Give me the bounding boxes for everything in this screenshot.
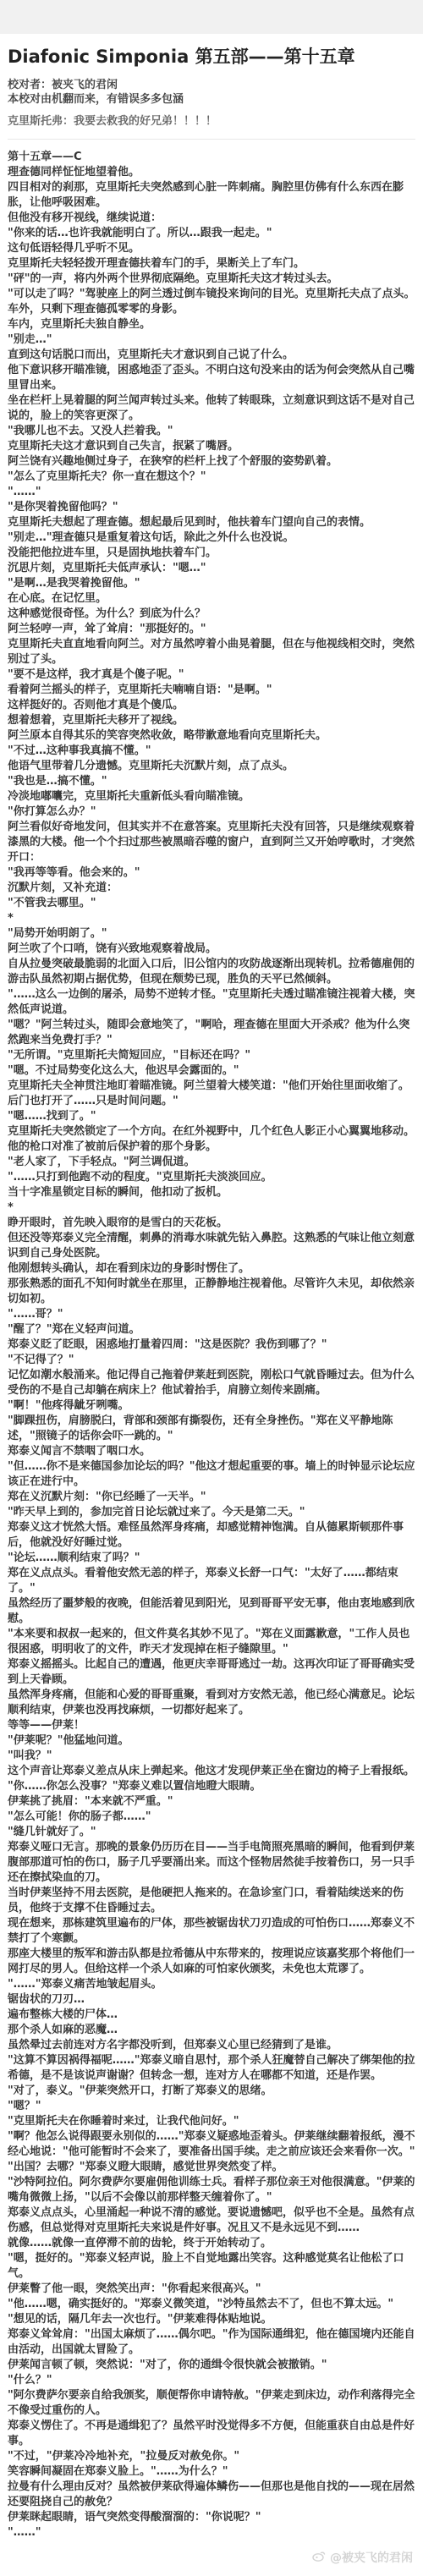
paragraph: "对了，泰义。"伊莱突然开口，打断了郑泰义的思绪。 — [8, 2084, 415, 2099]
paragraph: 克里斯托夫想起了理查德。想起最后见到时，他扶着车门望向自己的表情。 — [8, 515, 415, 530]
paragraph: 伊莱瞥了他一眼，突然笑出声："你看起来很高兴。" — [8, 2282, 415, 2297]
paragraph: 郑泰义摇摇头。比起自己的遭遇，他更庆幸哥哥逃过一劫。这再次印证了哥哥确实受到上天… — [8, 1657, 415, 1688]
paragraph: "不管我去哪里。" — [8, 896, 415, 911]
paragraph: "本来要和叔叔一起来的，但文件莫名其妙不见了。"郑在义面露歉意，"工作人员也很困… — [8, 1627, 415, 1657]
paragraph: 当时伊莱坚持不用去医院，是他硬把人拖来的。在急诊室门口，看着陆续送来的伤员，他终… — [8, 1886, 415, 1916]
paragraph: "你来的话…也许我就能明白了。所以…跟我一起走。" — [8, 226, 415, 241]
paragraph: 郑泰义耸耸肩："出国太麻烦了……偶尔吧。"作为国际通缉犯，他在德国境内还能自由活… — [8, 2327, 415, 2358]
paragraph: "嗯，挺好的。"郑泰义轻声说，脸上不自觉地露出笑容。这种感觉莫名让他松了口气。 — [8, 2251, 415, 2282]
paragraph: 克里斯托夫突然锁定了一个方向。在红外视野中，几个红色人影正小心翼翼地移动。他的枪… — [8, 1124, 415, 1155]
paragraph: 记忆如潮水般涌来。他记得自己拖着伊莱赶到医院，刚松口气就昏睡过去。但为什么受伤的… — [8, 1368, 415, 1398]
paragraph: "论坛……顺利结束了吗？" — [8, 1551, 415, 1566]
top-spacer-bar — [0, 0, 423, 34]
paragraph: "脚踝扭伤，肩膀脱臼，背部和颈部有撕裂伤，还有全身挫伤。"郑在义平静地陈述，"照… — [8, 1414, 415, 1444]
paragraph: 郑泰义闻言不禁咽了咽口水。 — [8, 1444, 415, 1459]
proofreader-line: 校对者：被夹飞的君闲 — [8, 78, 415, 92]
paragraph: "昨天早上到的，参加完首日论坛就过来了。今天是第二天。" — [8, 1505, 415, 1520]
paragraph: "啊？他怎么说得跟要永别似的……"郑泰义疑惑地歪着头。伊莱继续翻着报纸，漫不经心… — [8, 2129, 415, 2160]
section-heading: 第十五章——C — [8, 150, 415, 165]
paragraph: 直到这句话脱口而出，克里斯托夫才意识到自己说了什么。 — [8, 348, 415, 363]
paragraph: 阿兰饶有兴趣地侧过身子，在狭窄的栏杆上找了个舒服的姿势趴着。 — [8, 454, 415, 470]
paragraph: "无所谓。"克里斯托夫简短回应，"目标还在吗？" — [8, 1048, 415, 1063]
paragraph: "……只打到他跑不动的程度。"克里斯托夫淡淡回应。 — [8, 1170, 415, 1185]
paragraph: "我也是…搞不懂。" — [8, 774, 415, 789]
paragraph: "老人家了，下手轻点。"阿兰调侃道。 — [8, 1155, 415, 1170]
paragraph: 车外，只剩下理查德孤零零的身影。 — [8, 302, 415, 317]
paragraph: "沙特阿拉伯。阿尔费萨尔要雇佣他训练士兵。看样子那位亲王对他很满意。"伊莱的嘴角… — [8, 2175, 415, 2205]
paragraph: 遍布整栋大楼的尸体… — [8, 2008, 415, 2023]
paragraph: 这个声音让郑泰义差点从床上弹起来。他这才发现伊莱正坐在窗边的椅子上看报纸。 — [8, 1764, 415, 1779]
paragraph: 克里斯托夫全神贯注地盯着瞄准镜。阿兰望着大楼笑道："他们开始往里面收缩了。后门也… — [8, 1079, 415, 1109]
paragraph: 虽然经历了噩梦般的夜晚，但能活着见到阳光，见到哥哥平安无事，他由衷地感到欣慰。 — [8, 1596, 415, 1627]
paragraph: 那个杀人如麻的恶魔… — [8, 2023, 415, 2038]
paragraph: 等等——伊莱！ — [8, 1718, 415, 1733]
paragraph: 看着阿兰摇头的样子，克里斯托夫喃喃自语："是啊。" — [8, 683, 415, 698]
paragraph: 但他没有移开视线，继续说道： — [8, 211, 415, 226]
paragraph: 但还没等郑泰义完全清醒，刺鼻的消毒水味就先钻入鼻腔。这熟悉的气味让他立刻意识到自… — [8, 1231, 415, 1261]
paragraph: 那座大楼里的叛军和游击队都是拉希德从中东带来的，按理说应该嘉奖那个将他们一网打尽… — [8, 1947, 415, 1977]
paragraph: 冷淡地嘟囔完，克里斯托夫重新低头看向瞄准镜。 — [8, 789, 415, 805]
paragraph: "你……你怎么没事？"郑泰义难以置信地瞪大眼睛。 — [8, 1779, 415, 1794]
paragraph: "局势开始明朗了。" — [8, 926, 415, 942]
paragraph: 那张熟悉的面孔不知何时就坐在那里，正静静地注视着他。尽管许久未见，却依然亲切如初… — [8, 1277, 415, 1307]
paragraph: 克里斯托夫这才意识到自己失言，抿紧了嘴唇。 — [8, 439, 415, 454]
paragraph: "嗯……找到了。" — [8, 1109, 415, 1124]
paragraph: 阿兰看似好奇地发问，但其实并不在意答案。克里斯托夫没有回答，只是继续观察着漆黑的… — [8, 820, 415, 865]
paragraph: 郑泰义这才恍然大悟。难怪虽然浑身疼痛，却感觉精神饱满。自从德累斯顿那件事后，他就… — [8, 1520, 415, 1551]
paragraph: 拉曼有什么理由反对？虽然被伊莱砍得遍体鳞伤——但那也是他自找的——现在居然还要阻… — [8, 2480, 415, 2510]
paragraph: 他下意识移开瞄准镜，困惑地歪了歪头。不明白这句没来由的话为何会突然从自己嘴里冒出… — [8, 363, 415, 393]
paragraph: 当十字准星锁定目标的瞬间，他扣动了扳机。 — [8, 1185, 415, 1200]
paragraph: 这样挺好的。否则他才真是个傻瓜。 — [8, 698, 415, 713]
paragraph: 虽然浑身疼痛，但能和心爱的哥哥重聚，看到对方安然无恙，他已经心满意足。论坛顺利结… — [8, 1688, 415, 1718]
paragraph: "别走…"理查德只是重复着这句话，除此之外什么也没说。 — [8, 530, 415, 546]
paragraph: "是啊…是我哭着挽留他。" — [8, 576, 415, 591]
paragraph: 他刚想转头确认，却在看到床边的身影时愣住了。 — [8, 1261, 415, 1277]
paragraph: "嗯？"阿兰转过头，随即会意地笑了，"啊哈，理查德在里面大开杀戒？他为什么突然跑… — [8, 1018, 415, 1048]
paragraph: 郑泰义眨了眨眼，困惑地打量着四周："这是医院？我伤到哪了？" — [8, 1337, 415, 1353]
paragraph: 睁开眼时，首先映入眼帘的是雪白的天花板。 — [8, 1216, 415, 1231]
paragraph: 想着想着，克里斯托夫移开了视线。 — [8, 713, 415, 728]
paragraph: 坐在栏杆上晃着腿的阿兰闻声转过头来。他转了转眼珠，立刻意识到这话不是对自己说的，… — [8, 393, 415, 424]
paragraph: 阿兰轻哼一声，耸了耸肩："那挺好的。" — [8, 622, 415, 637]
chapter-body: 第十五章——C 理查德同样怔怔地望着他。四目相对的刹那，克里斯托夫突然感到心脏一… — [0, 140, 423, 2544]
paragraph: "缝几针就好了。" — [8, 1825, 415, 1840]
translation-note-line: 本校对由机翻而来，有错误多多包涵 — [8, 92, 415, 107]
paragraph: "……" — [8, 485, 415, 500]
paragraph: 这句低语轻得几乎听不见。 — [8, 241, 415, 256]
paragraph: 郑在义点点头。看着他安然无恙的样子，郑泰义长舒一口气："太好了……都结束了。" — [8, 1566, 415, 1596]
paragraph: 伊莱眯起眼睛，语气突然变得酸溜溜的："你说呢？" — [8, 2510, 415, 2525]
paragraph: 四目相对的刹那，克里斯托夫突然感到心脏一阵刺痛。胸腔里仿佛有什么东西在膨胀，让他… — [8, 180, 415, 211]
chapter-header: Diafonic Simponia 第五部——第十五章 校对者：被夹飞的君闲 本… — [0, 34, 423, 140]
paragraph: 郑泰义哑口无言。那晚的景象仍历历在目——当手电筒照亮黑暗的瞬间，他看到伊莱腹部那… — [8, 1840, 415, 1886]
paragraph: "叫我？" — [8, 1749, 415, 1764]
paragraph: "砰"的一声，将内外两个世界彻底隔绝。克里斯托夫这才转过头去。 — [8, 272, 415, 287]
paragraph: 虽然晕过去前连对方名字都没听到，但郑泰义心里已经猜到了是谁。 — [8, 2038, 415, 2053]
paragraph: "不过…这种事我真搞不懂。" — [8, 744, 415, 759]
weibo-watermark: @被夹飞的君闲 — [0, 2544, 423, 2576]
paragraph: 伊莱挑了挑眉："本来就不严重。" — [8, 1794, 415, 1810]
paragraph: "……这么一边倒的屠杀，局势不逆转才怪。"克里斯托夫透过瞄准镜注视着大楼，突然低… — [8, 987, 415, 1018]
paragraph: 郑泰义愣住了。不再是通缉犯了？虽然平时没觉得多不方便，但能重获自由总是件好事。 — [8, 2419, 415, 2449]
paragraph: 现在想来，那栋建筑里遍布的尸体，那些被锯齿状刀刃造成的可怕伤口……郑泰义不禁打了… — [8, 1916, 415, 1947]
paragraph: "要不是这样，我才真是个傻子呢。" — [8, 667, 415, 683]
paragraph: "我哪儿也不去。又没人拦着我。" — [8, 424, 415, 439]
paragraph: "别走…" — [8, 332, 415, 348]
paragraph: 车内，克里斯托夫独自静坐。 — [8, 317, 415, 332]
paragraph: "嗯？" — [8, 2099, 415, 2114]
paragraph: "出国？去哪？"郑泰义瞪大眼睛，感觉世界突然变了样。 — [8, 2160, 415, 2175]
paragraph: 自从拉曼突破最脆弱的北面入口后，旧公馆内的攻防战逐渐出现转机。拉希德雇佣的游击队… — [8, 957, 415, 987]
paragraph: 郑泰义点点头，心里涌起一种说不清的感觉。要说遗憾吧，似乎也不全是。虽然有点伤感，… — [8, 2205, 415, 2236]
watermark-text: @被夹飞的君闲 — [330, 2549, 413, 2566]
paragraph: "但……你不是来德国参加论坛的吗？"他这才想起重要的事。墙上的时钟显示论坛应该正… — [8, 1459, 415, 1490]
paragraph: "不记得了？" — [8, 1353, 415, 1368]
paragraph: "……" — [8, 2525, 415, 2540]
paragraph: * — [8, 1200, 415, 1216]
paragraph: "嗯。不过局势变化这么大，他迟早会露面的。" — [8, 1063, 415, 1079]
paragraph: 沉默片刻，又补充道： — [8, 881, 415, 896]
paragraph: "伊莱呢？"他猛地问道。 — [8, 1733, 415, 1749]
paragraph: 锯齿状的刀刃… — [8, 1992, 415, 2008]
paragraph: 在心底。在记忆里。 — [8, 591, 415, 607]
paragraph: "什么？" — [8, 2373, 415, 2388]
paragraph: "这算不算因祸得福呢……"郑泰义暗自思忖，那个杀人狂魔替自己解决了绑架他的拉希德… — [8, 2053, 415, 2084]
paragraph: "啊！"他疼得龇牙咧嘴。 — [8, 1398, 415, 1414]
paragraph: "醒了？"郑在义轻声问道。 — [8, 1322, 415, 1337]
paragraph: 郑在义沉默片刻："你已经睡了一天半。" — [8, 1490, 415, 1505]
paragraph: "想见的话，隔几年去一次也行。"伊莱难得体贴地说。 — [8, 2312, 415, 2327]
paragraph: 阿兰吹了个口哨，饶有兴致地观察着战局。 — [8, 942, 415, 957]
page-title: Diafonic Simponia 第五部——第十五章 — [8, 46, 415, 68]
weibo-logo-icon — [312, 2550, 326, 2565]
proofreader-comment-line: 克里斯托弗：我要去救我的好兄弟！！！！ — [8, 114, 415, 129]
paragraph: 沉思片刻，克里斯托夫低声承认："嗯…" — [8, 561, 415, 576]
paragraph: "怎么了克里斯托夫？你一直在想这个？" — [8, 470, 415, 485]
paragraph: 伊莱闻言顿了顿，突然说："对了，你的通缉令很快就会被撤销。" — [8, 2358, 415, 2373]
paragraph: 他语气里带着几分遗憾。克里斯托夫沉默片刻，点了点头。 — [8, 759, 415, 774]
paragraph: 就像……就像一直停滞不前的齿轮，终于开始转动了。 — [8, 2236, 415, 2251]
paragraph: "是你哭着挽留他吗？" — [8, 500, 415, 515]
paragraph: "你打算怎么办？" — [8, 805, 415, 820]
paragraph: "他……嗯，确实挺好的。"郑泰义微笑道，"沙特虽然去不了，但也不算太远。" — [8, 2297, 415, 2312]
paragraph: "……哥？" — [8, 1307, 415, 1322]
paragraph: "阿尔费萨尔要亲自给我颁奖，顺便帮你申请特赦。"伊莱走到床边，动作利落得完全不像… — [8, 2388, 415, 2419]
paragraph: 克里斯托夫轻轻拨开理查德扶着车门的手，果断关上了车门。 — [8, 256, 415, 272]
paragraph: * — [8, 911, 415, 926]
paragraph-list: 理查德同样怔怔地望着他。四目相对的刹那，克里斯托夫突然感到心脏一阵刺痛。胸腔里仿… — [8, 165, 415, 2540]
paragraph: 理查德同样怔怔地望着他。 — [8, 165, 415, 180]
paragraph: "我再等等看。他会来的。" — [8, 865, 415, 881]
paragraph: 阿兰原本自得其乐的笑容突然收敛，略带歉意地看向克里斯托夫。 — [8, 728, 415, 744]
paragraph: "不过，"伊莱冷冷地补充，"拉曼反对赦免你。" — [8, 2449, 415, 2464]
paragraph: 克里斯托夫直直地看向阿兰。对方虽然哼着小曲晃着腿，但在与他视线相交时，突然别过了… — [8, 637, 415, 667]
paragraph: 这种感觉很奇怪。为什么？到底为什么？ — [8, 607, 415, 622]
paragraph: "……"郑泰义痛苦地皱起眉头。 — [8, 1977, 415, 1992]
paragraph: 笑容瞬间凝固在郑泰义脸上。"……为什么？" — [8, 2464, 415, 2480]
paragraph: "怎么可能！你的肠子都……" — [8, 1810, 415, 1825]
paragraph: "克里斯托夫在你睡着时来过，让我代他问好。" — [8, 2114, 415, 2129]
paragraph: 没能把他拉进车里，只是固执地扶着车门。 — [8, 546, 415, 561]
paragraph: "可以走了吗？"驾驶座上的阿兰透过倒车镜投来询问的目光。克里斯托夫点了点头。 — [8, 287, 415, 302]
